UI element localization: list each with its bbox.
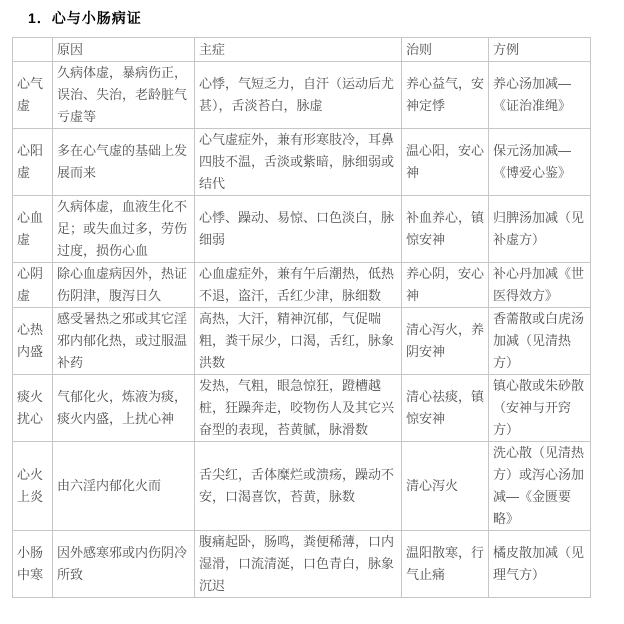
cell-principle: 清心泻火，养阴安神 [402,308,489,375]
table-row: 心热内盛感受暑热之邪或其它淫邪内郁化热，或过服温补药高热，大汗，精神沉郁，气促喘… [13,308,591,375]
cell-principle: 养心益气，安神定悸 [402,62,489,129]
document-page: 1．心与小肠病证 原因 主症 治则 方例 心气虚久病体虚，暴病伤正，误治、失治，… [0,0,624,624]
cell-cause: 感受暑热之邪或其它淫邪内郁化热，或过服温补药 [53,308,195,375]
cell-cause: 因外感寒邪或内伤阴冷所致 [53,531,195,598]
cell-principle: 温心阳，安心神 [402,129,489,196]
row-label: 心阴虚 [13,263,53,308]
table-row: 心血虚久病体虚，血液生化不足；或失血过多，劳伤过度，损伤心血心悸、躁动、易惊、口… [13,196,591,263]
cell-cause: 多在心气虚的基础上发展而来 [53,129,195,196]
header-row: 原因 主症 治则 方例 [13,38,591,62]
cell-formula: 洗心散（见清热方）或泻心汤加减—《金匮要略》 [489,442,591,531]
table-row: 心阴虚除心血虚病因外，热证伤阴津，腹泻日久心血虚症外，兼有午后潮热，低热不退，盗… [13,263,591,308]
cell-formula: 养心汤加减—《证治准绳》 [489,62,591,129]
cell-cause: 久病体虚，暴病伤正，误治、失治，老龄脏气亏虚等 [53,62,195,129]
cell-principle: 补血养心，镇惊安神 [402,196,489,263]
cell-cause: 气郁化火，炼液为痰，痰火内盛，上扰心神 [53,375,195,442]
cell-symptoms: 心血虚症外，兼有午后潮热，低热不退，盗汗，舌红少津，脉细数 [195,263,402,308]
cell-cause: 除心血虚病因外，热证伤阴津，腹泻日久 [53,263,195,308]
row-label: 心火上炎 [13,442,53,531]
cell-symptoms: 舌尖红，舌体糜烂或溃疡，躁动不安，口渴喜饮，苔黄，脉数 [195,442,402,531]
cell-principle: 清心泻火 [402,442,489,531]
cell-principle: 清心祛痰，镇惊安神 [402,375,489,442]
row-label: 心气虚 [13,62,53,129]
cell-symptoms: 高热，大汗，精神沉郁，气促喘粗，粪干尿少，口渴，舌红，脉象洪数 [195,308,402,375]
cell-formula: 保元汤加减—《博爱心鉴》 [489,129,591,196]
cell-cause: 久病体虚，血液生化不足；或失血过多，劳伤过度，损伤心血 [53,196,195,263]
table-row: 小肠中寒因外感寒邪或内伤阴冷所致腹痛起卧，肠鸣，粪便稀薄，口内湿滑，口流清涎，口… [13,531,591,598]
cell-principle: 养心阴，安心神 [402,263,489,308]
section-title: 1．心与小肠病证 [28,8,624,28]
cell-symptoms: 心气虚症外，兼有形寒肢冷，耳鼻四肢不温，舌淡或紫暗，脉细弱或结代 [195,129,402,196]
col-header-formula: 方例 [489,38,591,62]
col-header-cause: 原因 [53,38,195,62]
row-label: 痰火扰心 [13,375,53,442]
cell-formula: 橘皮散加减（见理气方） [489,531,591,598]
cell-symptoms: 腹痛起卧，肠鸣，粪便稀薄，口内湿滑，口流清涎，口色青白，脉象沉迟 [195,531,402,598]
cell-formula: 归脾汤加减（见补虚方） [489,196,591,263]
cell-principle: 温阳散寒，行气止痛 [402,531,489,598]
table-row: 心火上炎由六淫内郁化火而舌尖红，舌体糜烂或溃疡，躁动不安，口渴喜饮，苔黄，脉数清… [13,442,591,531]
row-label: 心阳虚 [13,129,53,196]
heart-small-intestine-pattern-table: 原因 主症 治则 方例 心气虚久病体虚，暴病伤正，误治、失治，老龄脏气亏虚等心悸… [12,37,591,598]
table-row: 痰火扰心气郁化火，炼液为痰，痰火内盛，上扰心神发热，气粗，眼急惊狂，蹬槽越桩，狂… [13,375,591,442]
cell-symptoms: 心悸，气短乏力，自汗（运动后尤甚），舌淡苔白，脉虚 [195,62,402,129]
cell-formula: 补心丹加减《世医得效方》 [489,263,591,308]
table-row: 心阳虚多在心气虚的基础上发展而来心气虚症外，兼有形寒肢冷，耳鼻四肢不温，舌淡或紫… [13,129,591,196]
table-row: 心气虚久病体虚，暴病伤正，误治、失治，老龄脏气亏虚等心悸，气短乏力，自汗（运动后… [13,62,591,129]
cell-symptoms: 发热，气粗，眼急惊狂，蹬槽越桩，狂躁奔走，咬物伤人及其它兴奋型的表现，苔黄腻，脉… [195,375,402,442]
cell-cause: 由六淫内郁化火而 [53,442,195,531]
col-header-principle: 治则 [402,38,489,62]
row-label: 心热内盛 [13,308,53,375]
cell-formula: 镇心散或朱砂散（安神与开窍方） [489,375,591,442]
col-header-empty [13,38,53,62]
row-label: 小肠中寒 [13,531,53,598]
col-header-symptoms: 主症 [195,38,402,62]
row-label: 心血虚 [13,196,53,263]
cell-symptoms: 心悸、躁动、易惊、口色淡白，脉细弱 [195,196,402,263]
cell-formula: 香薷散或白虎汤加减（见清热方） [489,308,591,375]
